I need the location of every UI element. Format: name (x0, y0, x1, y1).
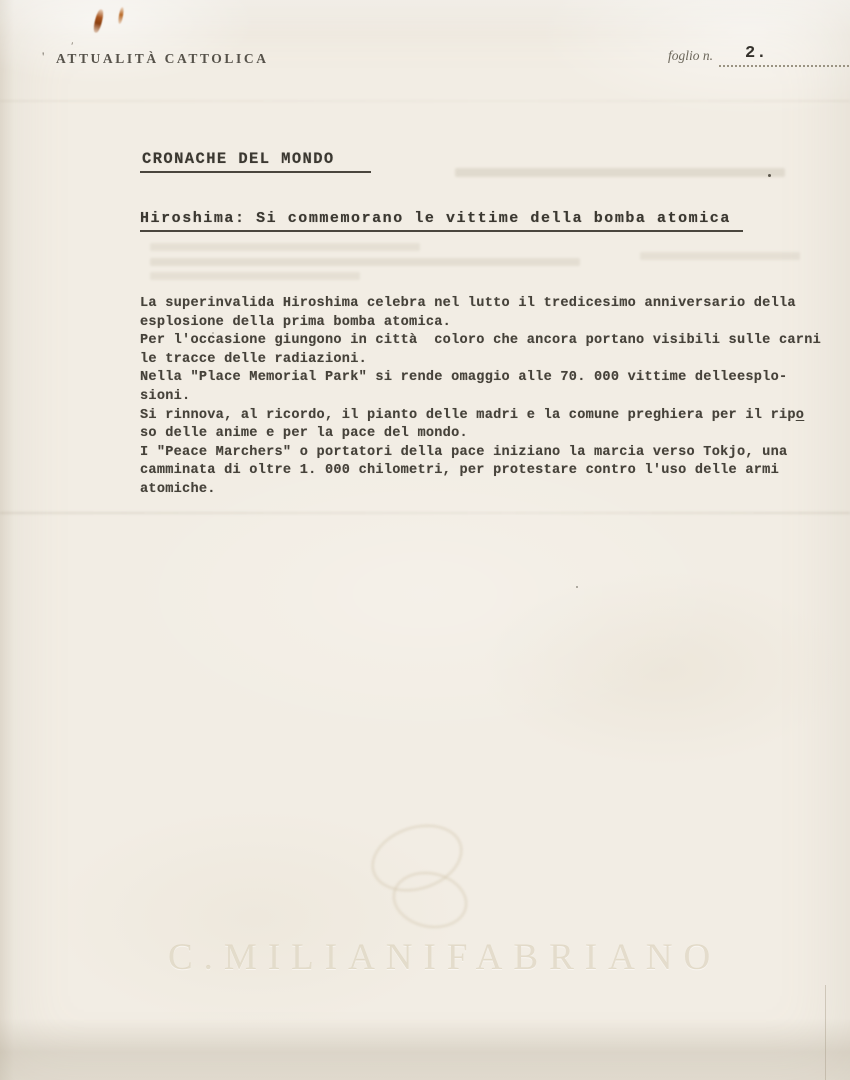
body-line: camminata di oltre 1. 000 chilometri, pe… (140, 462, 800, 481)
body-line: Per l'occasione giungono in città coloro… (140, 332, 800, 351)
publication-title: ATTUALITÀ CATTOLICA (56, 51, 269, 67)
ink-speck (212, 332, 214, 334)
paper-crease (0, 512, 850, 514)
sheet-number-label: foglio n. (668, 48, 713, 67)
watermark-ornament (362, 813, 471, 903)
watermark-brand: FABRIANO (447, 936, 721, 979)
scanned-document-page: ' ' ATTUALITÀ CATTOLICA foglio n. 2. CRO… (0, 0, 850, 1080)
pen-speck: ' (68, 42, 75, 52)
body-line: I "Peace Marchers" o portatori della pac… (140, 444, 800, 463)
body-line: sioni. (140, 388, 800, 407)
article: CRONACHE DEL MONDO Hiroshima: Si commemo… (140, 150, 800, 500)
watermark-ornament (387, 865, 473, 936)
ink-speck (768, 174, 771, 177)
body-line: le tracce delle radiazioni. (140, 351, 800, 370)
corner-tick-mark: ' (42, 49, 44, 65)
sheet-number-field: foglio n. 2. (668, 44, 850, 67)
sheet-number-value: 2. (745, 44, 767, 63)
rust-stain-mark (118, 7, 125, 24)
body-line: La superinvalida Hiroshima celebra nel l… (140, 295, 800, 314)
paper-crease (0, 100, 850, 102)
ink-speck (576, 586, 578, 588)
article-title-row: Hiroshima: Si commemorano le vittime del… (140, 209, 800, 232)
article-body: La superinvalida Hiroshima celebra nel l… (140, 295, 800, 500)
section-title-row: CRONACHE DEL MONDO (140, 150, 800, 173)
watermark-maker: C.MILIANI (168, 936, 447, 979)
body-line: so delle anime e per la pace del mondo. (140, 425, 800, 444)
rust-stain-mark (92, 9, 105, 34)
body-line: atomiche. (140, 481, 800, 500)
scan-edge-line (825, 985, 826, 1080)
article-title: Hiroshima: Si commemorano le vittime del… (140, 210, 743, 232)
scan-bottom-shadow (0, 1018, 850, 1080)
body-line: Nella "Place Memorial Park" si rende oma… (140, 369, 800, 388)
body-line: Si rinnova, al ricordo, il pianto delle … (140, 407, 800, 426)
sheet-number-dotted-line: 2. (719, 44, 850, 67)
body-line: esplosione della prima bomba atomica. (140, 314, 800, 333)
paper-watermark: C.MILIANI FABRIANO (168, 936, 688, 979)
section-title: CRONACHE DEL MONDO (140, 150, 371, 173)
